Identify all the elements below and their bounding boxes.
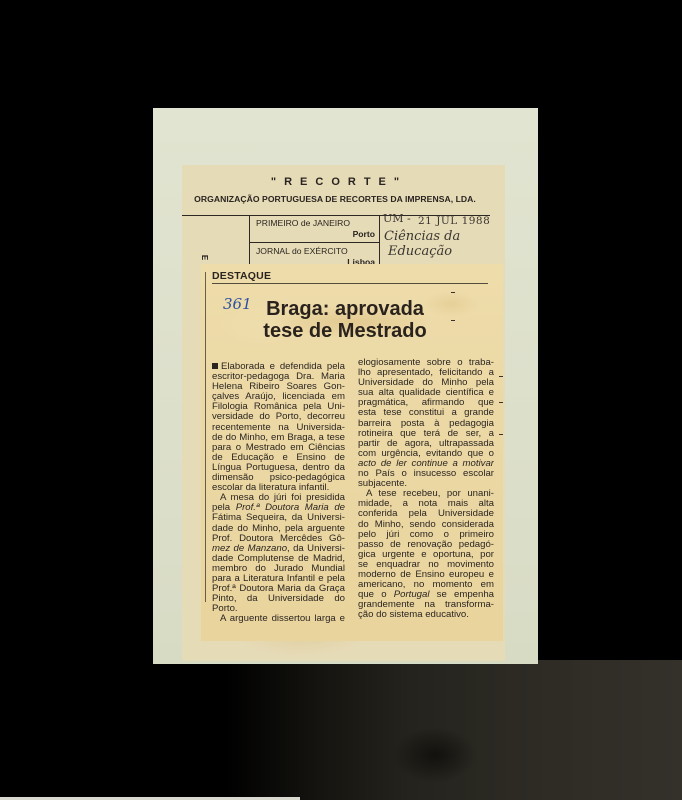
article-text-line: para a Literatura Infantil e pela	[212, 574, 345, 584]
article-text-line: grandemente na transforma-	[358, 600, 494, 610]
margin-mark: E	[200, 255, 209, 260]
headline-line-1: Braga: aprovada	[245, 298, 445, 320]
article-text-line: barreira posta à pedagogia	[358, 419, 494, 429]
article-text-line: escritor-pedagoga Dra. Maria	[212, 372, 345, 382]
margin-tick	[499, 402, 503, 403]
article-text-line: Porto.	[212, 604, 345, 614]
article-text-line: pragmática, afirmando que	[358, 398, 494, 408]
article-text-line: Elaborada e defendida pela	[212, 362, 345, 372]
article-text-line: pela Prof.ª Doutora Maria de	[212, 503, 345, 513]
section-label: DESTAQUE	[212, 270, 271, 282]
article-text-line: çalves Araújo, licenciada em	[212, 392, 345, 402]
article-text-line: dade Complutense de Madrid,	[212, 554, 345, 564]
article-clipping: DESTAQUE 361 Braga: aprovada tese de Mes…	[201, 264, 503, 641]
article-text-line: do Minho, sendo considerada	[358, 520, 494, 530]
form-rule-vertical-left	[249, 215, 250, 265]
margin-tick	[451, 292, 455, 293]
article-text-line: midade, a nota mais alta	[358, 499, 494, 509]
margin-tick	[499, 434, 503, 435]
article-text-line: ção do sistema educativo.	[358, 610, 494, 620]
square-bullet-icon	[212, 363, 218, 369]
recorte-title: "RECORTE"	[182, 176, 488, 188]
article-text-line: mez de Manzano, da Universi-	[212, 544, 345, 554]
article-text-line: sua alta qualidade científica e	[358, 388, 494, 398]
publication-name: JORNAL do EXÉRCITO	[256, 246, 348, 256]
article-text-line: de Educação e Ensino de	[212, 453, 345, 463]
article-text-line: pelo júri como o primeiro	[358, 530, 494, 540]
article-headline: Braga: aprovada tese de Mestrado	[245, 298, 445, 342]
scanner-background	[0, 660, 682, 800]
article-text-line: Língua Portuguesa, dentro da	[212, 463, 345, 473]
article-left-rule	[205, 272, 206, 602]
handwritten-date: 21 JUL 1988	[418, 215, 490, 227]
article-text-line: Prof.ª Doutora Maria da Graça	[212, 584, 345, 594]
form-rule-publication-divider	[249, 242, 379, 243]
article-text-line: Fátima Sequeira, da Universi-	[212, 513, 345, 523]
article-text-line: elogiosamente sobre o traba-	[358, 358, 494, 368]
article-text-line: americano, no momento em	[358, 580, 494, 590]
article-text-line: rotineira que terá de ser, a	[358, 429, 494, 439]
handwritten-subject-line-2: Educação	[388, 244, 452, 259]
margin-tick	[451, 320, 455, 321]
article-text-line: se enquadrar no movimento	[358, 560, 494, 570]
publication-city: Porto	[255, 229, 375, 239]
article-text-line: conferida pela Universidade	[358, 509, 494, 519]
article-text-line: membro do Jurado Mundial	[212, 564, 345, 574]
handwritten-source: UM -	[383, 212, 411, 225]
article-text-line: acto de ler continue a motivar	[358, 459, 494, 469]
article-text-line: A mesa do júri foi presidida	[212, 493, 345, 503]
article-text-line: passo de renovação pedagó-	[358, 540, 494, 550]
article-text-line: dimensão psico-pedagógica	[212, 473, 345, 483]
article-text-line: lho apresentado, felicitando a	[358, 368, 494, 378]
article-text-line: partir de agora, ultrapassada	[358, 439, 494, 449]
article-text-line: que o Portugal se empenha	[358, 590, 494, 600]
article-column-right: elogiosamente sobre o traba-lho apresent…	[358, 358, 494, 620]
article-text-line: com urgência, evitando que o	[358, 449, 494, 459]
article-text-line: A tese recebeu, por unani-	[358, 489, 494, 499]
article-column-left: Elaborada e defendida pelaescritor-pedag…	[212, 362, 345, 624]
headline-line-2: tese de Mestrado	[245, 320, 445, 342]
article-text-line: gica urgente e oportuna, por	[358, 550, 494, 560]
article-text-line: subjacente.	[358, 479, 494, 489]
article-text-line: dade do Minho, pela arguente	[212, 524, 345, 534]
article-text-line: versidade do Porto, decorreu	[212, 412, 345, 422]
form-rule-vertical-right	[379, 215, 380, 265]
article-text-line: A arguente dissertou larga e	[212, 614, 345, 624]
article-text-line: no País o insucesso escolar	[358, 469, 494, 479]
article-text-line: Universidade do Minho pela	[358, 378, 494, 388]
article-text-line: moderno de Ensino europeu e	[358, 570, 494, 580]
article-text-line: escolar da literatura infantil.	[212, 483, 345, 493]
margin-tick	[499, 376, 503, 377]
article-text-line: para o Mestrado em Ciências	[212, 443, 345, 453]
article-text-line: recentemente na Universida-	[212, 423, 345, 433]
publication-name: PRIMEIRO de JANEIRO	[256, 218, 350, 228]
article-text-line: Pinto, da Universidade do	[212, 594, 345, 604]
article-text-line: Prof. Doutora Mercêdes Gô-	[212, 534, 345, 544]
article-text-line: Filologia Românica pela Uni-	[212, 402, 345, 412]
article-text-line: de do Minho, em Braga, a tese	[212, 433, 345, 443]
section-underline	[212, 283, 488, 284]
article-text-line: esta tese constitui a grande	[358, 408, 494, 418]
article-text-line: Helena Ribeiro Soares Gon-	[212, 382, 345, 392]
recorte-organization: ORGANIZAÇÃO PORTUGUESA DE RECORTES DA IM…	[182, 194, 488, 204]
handwritten-subject-line-1: Ciências da	[384, 229, 460, 244]
